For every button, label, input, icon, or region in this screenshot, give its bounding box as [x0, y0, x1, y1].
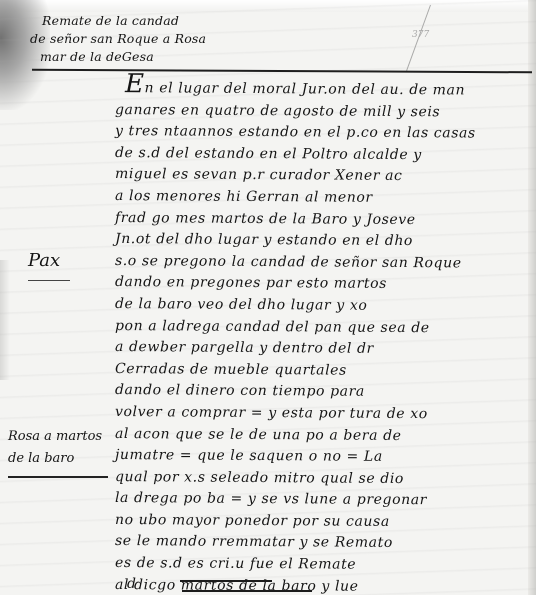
body-line: es de s.d es cri.u fue el Remate — [115, 553, 525, 577]
body-line: al acon que se le de una po a bera de — [115, 424, 525, 448]
body-line: ganares en quatro de agosto de mill y se… — [115, 100, 525, 124]
body-line: la drega po ba = y se vs lune a pregonar — [115, 488, 525, 512]
heading-line: Remate de la candad — [30, 12, 270, 30]
body-line: a dewber pargella y dentro del dr — [115, 337, 525, 361]
body-line: Jn.ot del dho lugar y estando en el dho — [115, 229, 525, 253]
closing-rule — [182, 590, 312, 592]
closing-flourish: d — [127, 576, 136, 592]
body-line: dando el dinero con tiempo para — [115, 380, 525, 404]
margin-note-underline — [8, 476, 108, 478]
body-line: se le mando rremmatar y se Remato — [115, 531, 525, 555]
body-line: de la baro veo del dho lugar y xo — [115, 294, 525, 318]
body-line: a los menores hi Gerran al menor — [115, 186, 525, 210]
body-line: miguel es sevan p.r curador Xener ac — [115, 164, 525, 188]
heading-underline — [32, 69, 532, 74]
body-line: y tres ntaannos estando en el p.co en la… — [115, 121, 525, 145]
paper-top-edge — [0, 0, 536, 12]
margin-note-line: Rosa a martos — [8, 426, 102, 448]
paper-right-edge — [528, 0, 536, 595]
heading-line: de señor san Roque a Rosa — [30, 30, 270, 48]
folio-number: 377 — [412, 30, 429, 40]
closing-rule — [180, 580, 272, 582]
margin-note-line: de la baro — [8, 448, 102, 470]
margin-note-name: Rosa a martos de la baro — [8, 426, 102, 470]
body-line: En el lugar del moral Jur.on del au. de … — [115, 74, 525, 102]
paper-shadow — [0, 260, 10, 380]
margin-note-underline — [28, 280, 70, 281]
body-line: frad go mes martos de la Baro y Joseve — [115, 208, 525, 232]
document-body: En el lugar del moral Jur.on del au. de … — [115, 74, 525, 595]
document-heading: Remate de la candad de señor san Roque a… — [30, 12, 270, 66]
manuscript-page: 377 Remate de la candad de señor san Roq… — [0, 0, 536, 595]
body-line: dando en pregones par esto martos — [115, 272, 525, 296]
body-line: jumatre = que le saquen o no = La — [115, 445, 525, 469]
body-line: volver a comprar = y esta por tura de xo — [115, 402, 525, 426]
body-line: pon a ladrega candad del pan que sea de — [115, 316, 525, 340]
margin-note-pax: Pax — [28, 250, 60, 271]
heading-line: mar de la deGesa — [30, 48, 270, 66]
body-line: al dicgo martos de la baro y lue — [115, 575, 525, 595]
